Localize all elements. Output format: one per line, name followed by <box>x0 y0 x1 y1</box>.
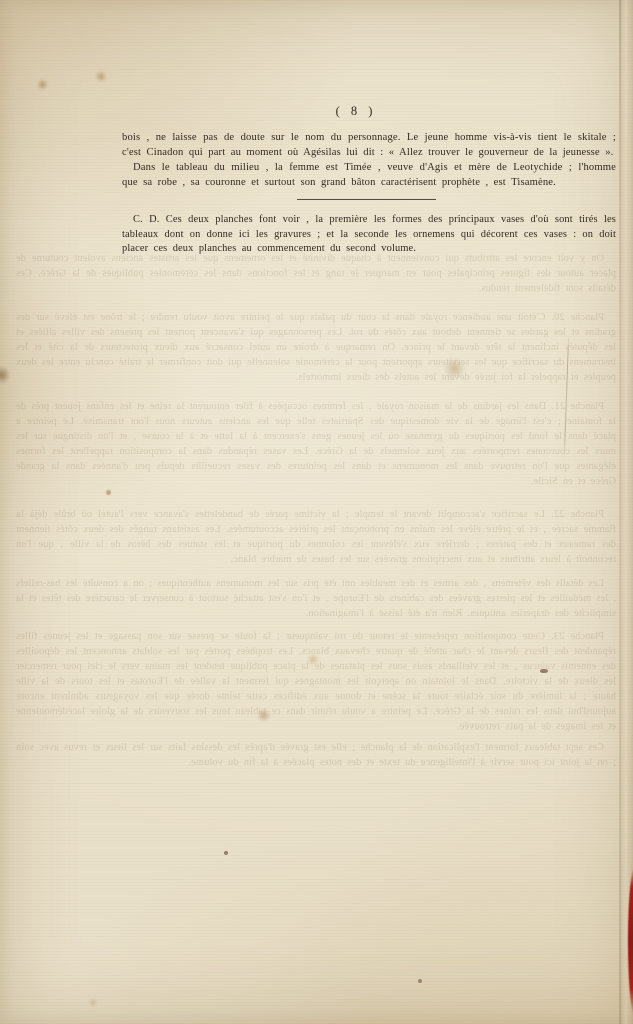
ghost-paragraph-5: Les détails des vêtemens , des armes et … <box>16 576 616 621</box>
foxing-spot <box>95 71 107 82</box>
ghost-paragraph-1: On y voit encore les attributs qui convi… <box>16 251 616 296</box>
page-edge-shadow <box>619 0 621 1024</box>
section-divider <box>297 199 436 200</box>
scanned-page: ( 8 ) bois , ne laisse pas de doute sur … <box>0 0 633 1024</box>
foxing-spot <box>307 654 319 665</box>
foxing-spot <box>37 79 48 90</box>
body-paragraph-2: Dans le tableau du milieu , la femme est… <box>122 160 616 190</box>
ghost-paragraph-2: Planche 20. C'étoit une audience royale … <box>16 310 616 385</box>
foxing-spot <box>0 366 10 384</box>
note-paragraph: C. D. Ces deux planches font voir , la p… <box>122 213 616 257</box>
ink-speck <box>540 669 548 673</box>
ink-speck <box>106 490 111 495</box>
verso-showthrough: On y voit encore les attributs qui convi… <box>16 251 616 770</box>
ghost-paragraph-4: Planche 22. Le sacrifice s'accomplit dev… <box>16 507 616 567</box>
page-number: ( 8 ) <box>109 104 603 119</box>
foxing-spot <box>88 999 98 1006</box>
body-paragraph-1: bois , ne laisse pas de doute sur le nom… <box>122 130 616 160</box>
ink-speck <box>224 851 228 855</box>
page-edge-strip <box>620 0 633 1024</box>
paper-crease <box>564 334 569 458</box>
foxing-spot <box>443 359 466 378</box>
ghost-paragraph-7: Ces sept tableaux forment l'explication … <box>16 740 616 770</box>
ghost-paragraph-3: Planche 21. Dans les jardins de la maiso… <box>16 399 616 489</box>
ghost-paragraph-6: Planche 23. Cette composition représente… <box>16 629 616 734</box>
text-block: bois , ne laisse pas de doute sur le nom… <box>122 130 616 257</box>
ink-speck <box>418 979 422 983</box>
foxing-spot <box>257 709 271 722</box>
